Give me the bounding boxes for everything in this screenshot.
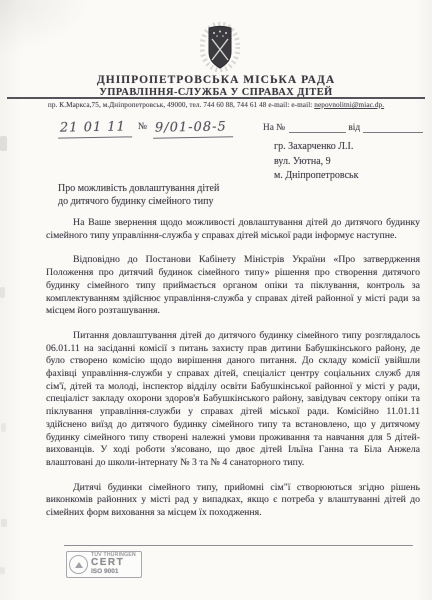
outgoing-date-handwritten: 21 01 11 [58,119,132,138]
cert-text-block: TÜV THÜRINGEN CERT ISO 9001 [91,553,136,576]
tuv-circle-icon [69,555,88,574]
email-text: nepovnolitni@miac.dp. [314,101,384,109]
body-paragraph-4: Дитячі будинки сімейного типу, прийомні … [46,482,420,520]
recipient-city: м. Дніпропетровськ [274,169,358,184]
scanned-letter-page: ДНІПРОПЕТРОВСЬКА МІСЬКА РАДА УПРАВЛІННЯ-… [0,0,432,600]
scan-artifact [1,519,7,527]
scan-artifact [0,287,5,298]
outgoing-number-handwritten: 9/01-08-5 [153,119,233,138]
incoming-ref-label: На № [263,123,285,133]
address-text: пр. К.Маркса,75, м.Дніпропетровськ, 4900… [48,101,314,109]
address-line: пр. К.Маркса,75, м.Дніпропетровськ, 4900… [0,101,432,109]
cert-standard: ISO 9001 [91,569,136,576]
letterhead-rule [7,97,425,99]
organization-name: ДНІПРОПЕТРОВСЬКА МІСЬКА РАДА [0,74,432,86]
tuv-triangle-icon [75,562,83,568]
subject-block: Про можливість довлаштування дітей до ди… [58,182,219,208]
city-coat-of-arms-icon [200,22,240,77]
incoming-reference-row: На № від [263,122,423,133]
scan-artifact [1,423,6,432]
subject-line-2: до дитячого будинку сімейного типу [58,195,219,208]
body-paragraph-3: Питання довлаштування дітей до дитячого … [46,330,420,470]
incoming-from-label: від [348,123,360,133]
incoming-date-blank [363,122,423,133]
incoming-number-blank [289,122,346,133]
recipient-name: гр. Захарченко Л.І. [274,140,358,155]
body-paragraph-1: На Ваше звернення щодо можливості довлаш… [46,217,420,242]
reference-row: 21 01 11 № 9/01-08-5 [58,118,233,138]
letter-body: На Ваше звернення щодо можливості довлаш… [46,217,420,532]
scan-artifact [0,567,5,574]
department-name: УПРАВЛІННЯ-СЛУЖБА У СПРАВАХ ДІТЕЙ [0,87,432,98]
cert-title: CERT [91,558,136,568]
number-sign: № [138,122,147,132]
recipient-street: вул. Уютна, 9 [274,155,358,170]
body-paragraph-2: Відповідно до Постанови Кабінету Міністр… [46,254,420,318]
tuv-cert-badge: TÜV THÜRINGEN CERT ISO 9001 [66,551,142,578]
footer-rule [64,545,413,546]
recipient-block: гр. Захарченко Л.І. вул. Уютна, 9 м. Дні… [274,140,358,184]
subject-line-1: Про можливість довлаштування дітей [58,182,219,195]
scan-artifact [0,136,7,151]
